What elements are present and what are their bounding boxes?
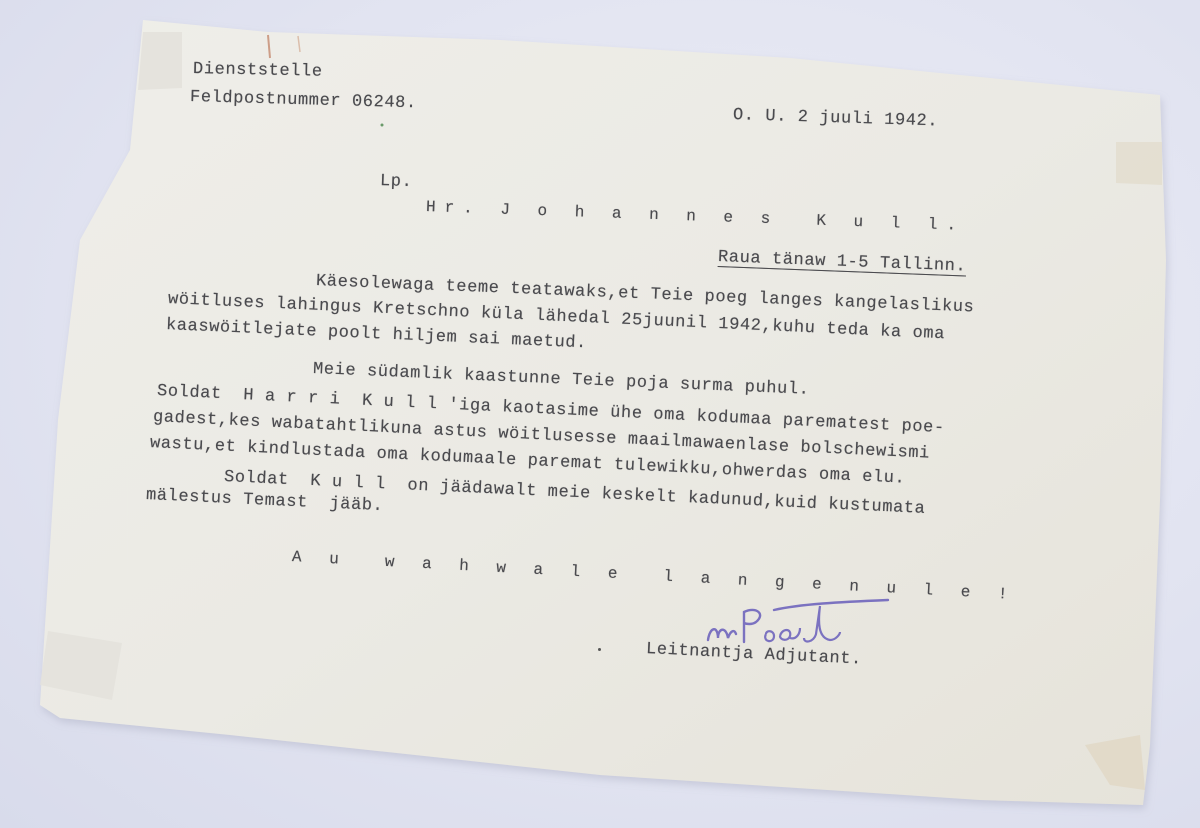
tape-top-left (138, 32, 182, 90)
ink-mark (598, 648, 601, 651)
tape-top-right (1116, 142, 1162, 185)
salutation: Lp. (380, 172, 413, 192)
office-label: Dienststelle (193, 60, 323, 82)
